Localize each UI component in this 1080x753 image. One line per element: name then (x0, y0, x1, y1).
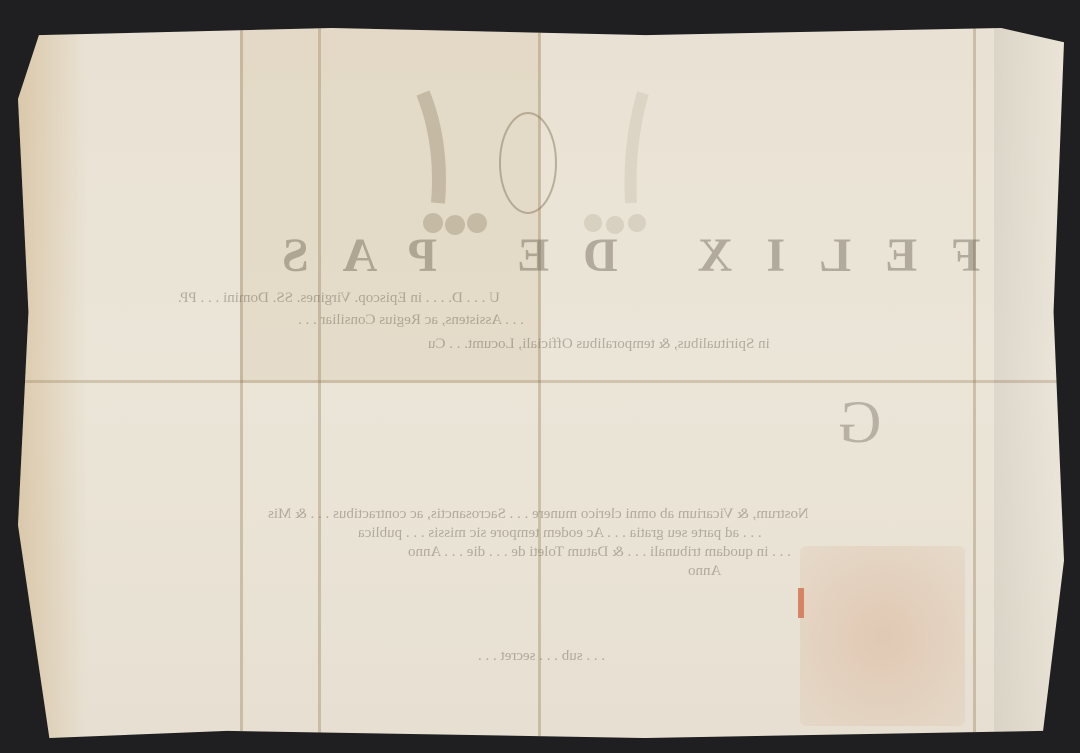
mirrored-text-line: . . . ad parte seu gratia . . . Ac eodem… (358, 525, 762, 542)
mirrored-text-line: U . . . D. . . . in Episcop. Virgines. S… (178, 290, 500, 307)
fold-line (18, 380, 1064, 383)
mirrored-signature: . . . sub . . . secret . . . (478, 648, 605, 665)
seal-stamp (800, 546, 965, 726)
folded-edge (994, 28, 1064, 738)
age-stain (18, 28, 88, 738)
fold-line (973, 28, 976, 738)
document-sheet: FELIX DE PAS U . . . D. . . . in Episcop… (18, 28, 1064, 738)
mirrored-text-line: in Spiritualibus, & temporalibus Officia… (428, 336, 770, 353)
mirrored-text-line: Anno (688, 563, 721, 580)
mirrored-title: FELIX DE PAS (248, 228, 981, 283)
mirrored-text-line: . . . Assistens, ac Regius Consiliar . .… (298, 312, 524, 329)
mirrored-initial: G (838, 388, 881, 457)
red-wax-mark (798, 588, 804, 618)
mirrored-text-line: . . . in quodam tribunali . . . & Datum … (408, 544, 791, 561)
fold-line (240, 28, 243, 738)
fold-line (318, 28, 321, 738)
mirrored-text-line: Nostrum, & Vicarium ab omni clerico mune… (268, 506, 809, 523)
